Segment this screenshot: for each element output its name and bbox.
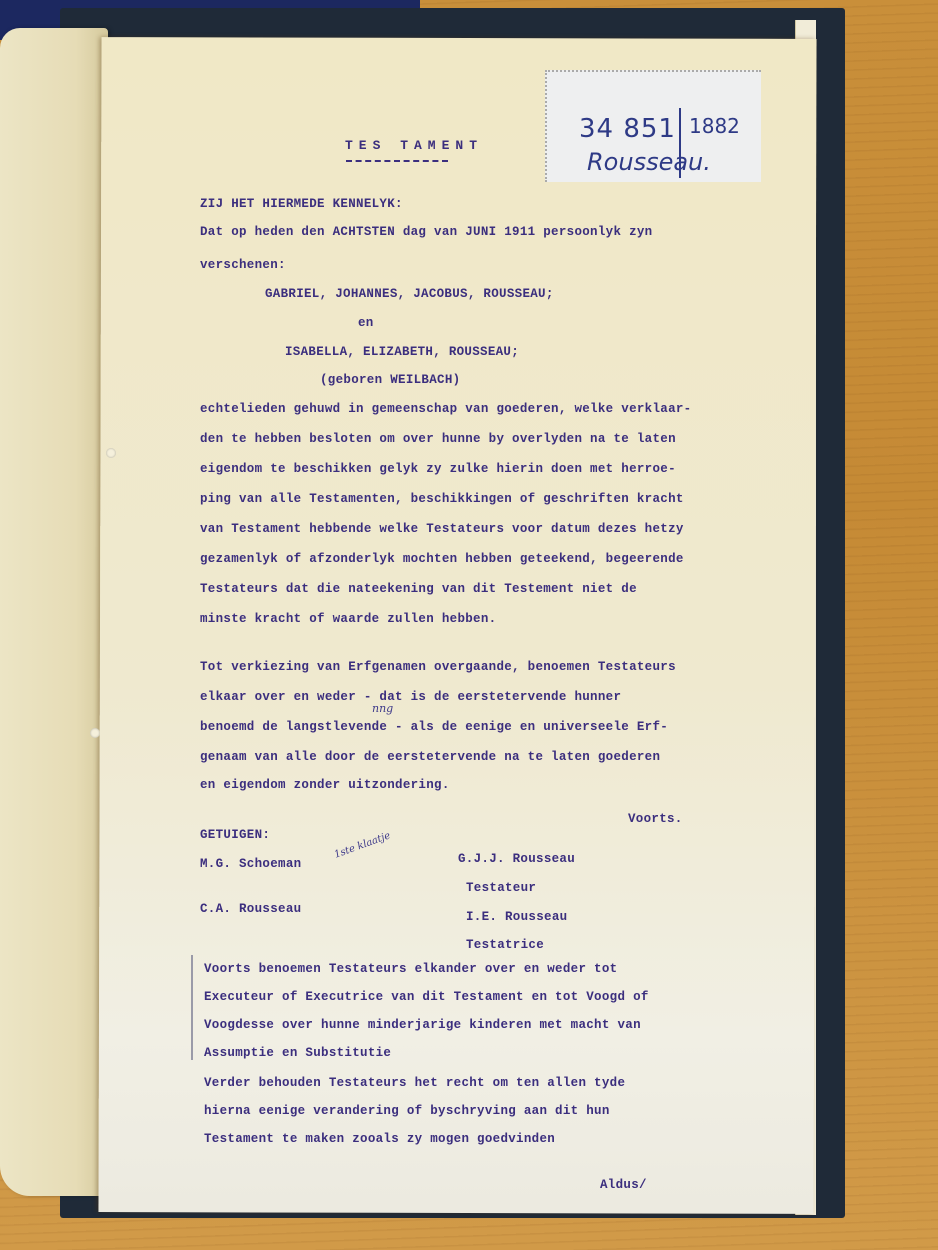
- punch-hole: [90, 728, 100, 738]
- text-line: gezamenlyk of afzonderlyk mochten hebben…: [200, 552, 684, 566]
- text-line: echtelieden gehuwd in gemeenschap van go…: [200, 402, 691, 416]
- text-line: I.E. Rousseau: [466, 910, 567, 924]
- document-title: TES TAMENT: [345, 138, 483, 153]
- text-line: elkaar over en weder - dat is de eerstet…: [200, 690, 621, 704]
- text-line: Assumptie en Substitutie: [204, 1046, 391, 1060]
- label-name: Rousseau.: [587, 148, 711, 176]
- text-line: genaam van alle door de eerstetervende n…: [200, 750, 660, 764]
- title-underline: [346, 160, 448, 162]
- text-line: Testateurs dat die nateekening van dit T…: [200, 582, 637, 596]
- text-line: ISABELLA, ELIZABETH, ROUSSEAU;: [285, 345, 519, 359]
- text-line: verschenen:: [200, 258, 286, 272]
- text-line: GETUIGEN:: [200, 828, 270, 842]
- text-line: Voogdesse over hunne minderjarige kinder…: [204, 1018, 641, 1032]
- text-line: Dat op heden den ACHTSTEN dag van JUNI 1…: [200, 225, 652, 239]
- text-line: GABRIEL, JOHANNES, JACOBUS, ROUSSEAU;: [265, 287, 554, 301]
- text-line: ping van alle Testamenten, beschikkingen…: [200, 492, 684, 506]
- text-line: Voorts benoemen Testateurs elkander over…: [204, 962, 617, 976]
- margin-line: [191, 955, 193, 1060]
- text-line: eigendom te beschikken gelyk zy zulke hi…: [200, 462, 676, 476]
- punch-hole: [106, 448, 116, 458]
- text-line: Verder behouden Testateurs het recht om …: [204, 1076, 625, 1090]
- text-line: Executeur of Executrice van dit Testamen…: [204, 990, 649, 1004]
- text-line: en: [358, 316, 374, 330]
- handwritten-insert: nng: [372, 702, 393, 715]
- text-line: Testatrice: [466, 938, 544, 952]
- text-line: M.G. Schoeman: [200, 857, 301, 871]
- text-line: minste kracht of waarde zullen hebben.: [200, 612, 496, 626]
- text-line: ZIJ HET HIERMEDE KENNELYK:: [200, 197, 403, 211]
- text-line: hierna eenige verandering of byschryving…: [204, 1104, 610, 1118]
- text-line: (geboren WEILBACH): [320, 373, 460, 387]
- text-line: benoemd de langstlevende - als de eenige…: [200, 720, 668, 734]
- label-year: 1882: [689, 114, 740, 138]
- text-line: Aldus/: [600, 1178, 647, 1192]
- text-line: Testateur: [466, 881, 536, 895]
- text-line: en eigendom zonder uitzondering.: [200, 778, 450, 792]
- text-line: den te hebben besloten om over hunne by …: [200, 432, 676, 446]
- text-line: C.A. Rousseau: [200, 902, 301, 916]
- label-number: 34 851: [579, 114, 676, 144]
- text-line: Testament te maken zooals zy mogen goedv…: [204, 1132, 555, 1146]
- index-label: 34 851 1882 Rousseau.: [545, 70, 761, 182]
- left-page: [0, 28, 108, 1196]
- text-line: Voorts.: [628, 812, 683, 826]
- text-line: Tot verkiezing van Erfgenamen overgaande…: [200, 660, 676, 674]
- text-line: van Testament hebbende welke Testateurs …: [200, 522, 684, 536]
- text-line: G.J.J. Rousseau: [458, 852, 575, 866]
